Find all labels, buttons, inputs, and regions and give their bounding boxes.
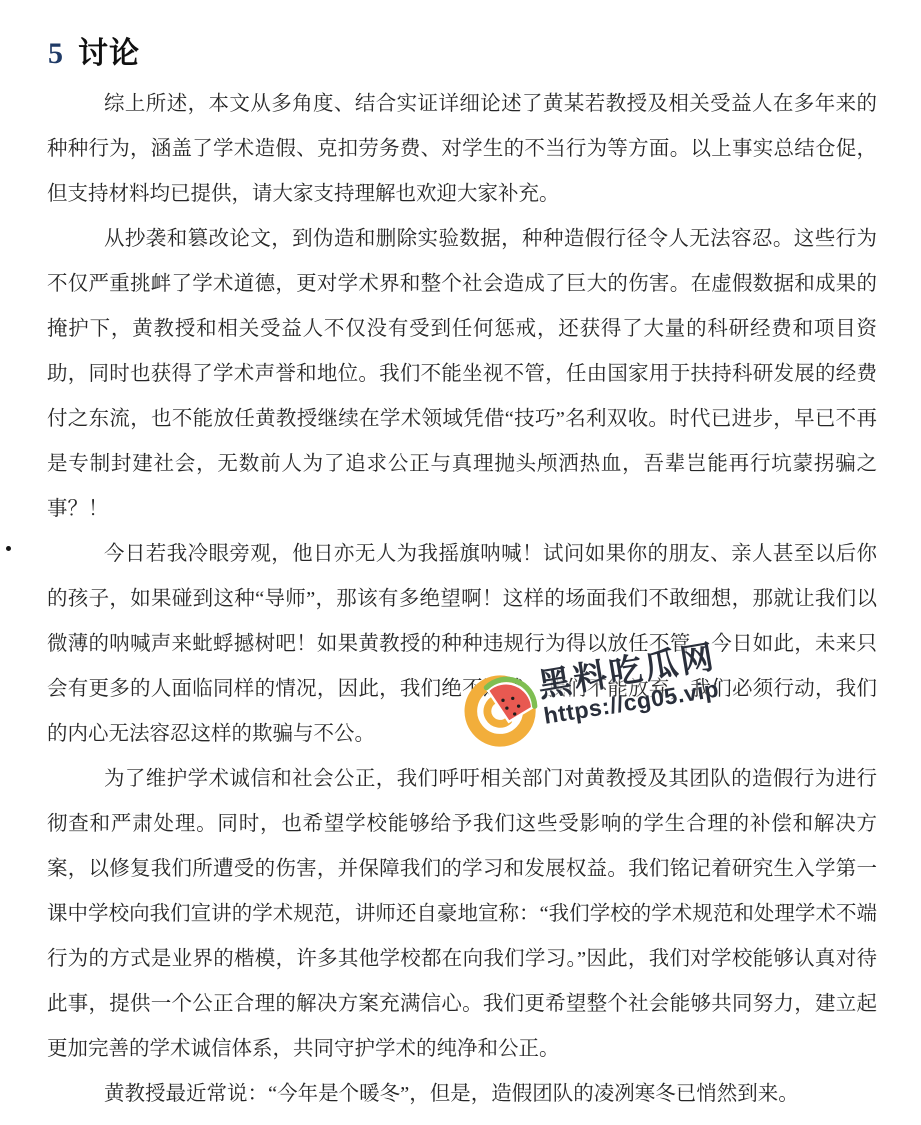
paragraph: 今日若我冷眼旁观，他日亦无人为我摇旗呐喊！试问如果你的朋友、亲人甚至以后你的孩子…: [47, 532, 877, 757]
section-number: 5: [48, 37, 64, 70]
document-page: 5讨论 综上所述，本文从多角度、结合实证详细论述了黄某若教授及相关受益人在多年来…: [47, 0, 877, 1117]
paragraph: 为了维护学术诚信和社会公正，我们呼吁相关部门对黄教授及其团队的造假行为进行彻查和…: [47, 757, 877, 1072]
paragraph: 黄教授最近常说：“今年是个暖冬”，但是，造假团队的凌冽寒冬已悄然到来。: [47, 1072, 877, 1117]
paragraph: 从抄袭和篡改论文，到伪造和删除实验数据，种种造假行径令人无法容忍。这些行为不仅严…: [47, 217, 877, 532]
paragraph: 综上所述，本文从多角度、结合实证详细论述了黄某若教授及相关受益人在多年来的种种行…: [47, 82, 877, 217]
scan-ink-dot: [6, 546, 11, 551]
section-title: 讨论: [78, 37, 140, 70]
section-heading: 5讨论: [48, 34, 877, 74]
